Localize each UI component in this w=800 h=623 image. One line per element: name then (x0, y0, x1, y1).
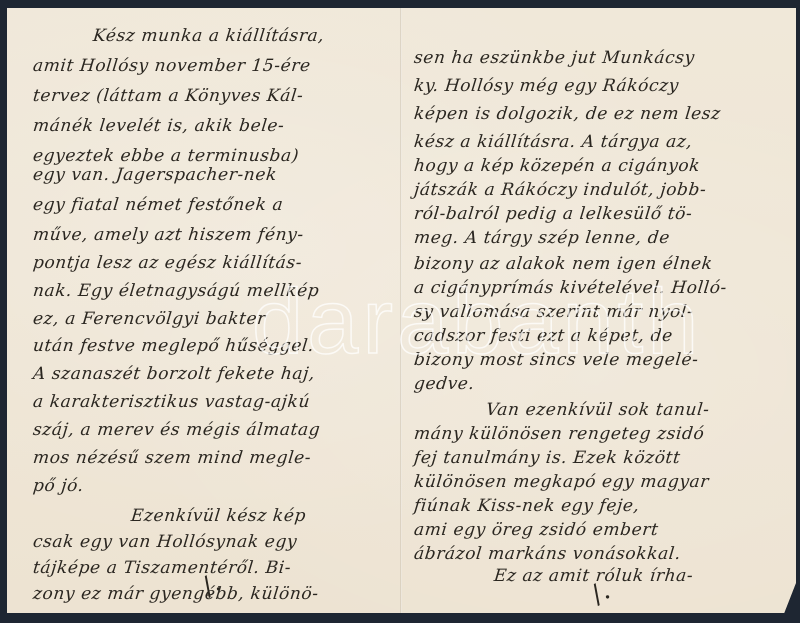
handwritten-line: amit Hollósy november 15-ére (32, 56, 312, 76)
handwritten-line: után festve meglepő hűséggel. (32, 336, 315, 356)
handwritten-line: nak. Egy életnagyságú mellkép (32, 281, 320, 301)
handwritten-line: bizony most sincs vele megelé- (413, 350, 700, 370)
handwritten-line: fiúnak Kiss-nek egy feje, (413, 496, 641, 516)
handwritten-line: egyeztek ebbe a terminusba) (32, 146, 300, 166)
handwritten-line: cadszor festi ezt a képet, de (413, 326, 674, 346)
handwritten-line: csak egy van Hollósynak egy (32, 532, 298, 552)
handwritten-line: kész a kiállításra. A tárgya az, (413, 132, 694, 152)
handwritten-line: Van ezenkívül sok tanul- (485, 400, 711, 420)
handwritten-line: egy van. Jagerspacher-nek (32, 165, 278, 185)
handwritten-line: tájképe a Tiszamentéről. Bi- (32, 558, 292, 578)
handwritten-line: mos nézésű szem mind megle- (32, 448, 312, 468)
letter-sheet: Kész munka a kiállításra, amit Hollósy n… (7, 8, 796, 613)
handwritten-line: hogy a kép közepén a cigányok (413, 156, 701, 176)
handwritten-line: pő jó. (32, 476, 85, 496)
handwritten-line: ky. Hollósy még egy Rákóczy (413, 76, 680, 96)
handwritten-line: képen is dolgozik, de ez nem lesz (413, 104, 722, 124)
scan-background: Kész munka a kiállításra, amit Hollósy n… (0, 0, 800, 623)
handwritten-line: Kész munka a kiállításra, (92, 26, 325, 46)
handwritten-line: tervez (láttam a Könyves Kál- (32, 86, 304, 106)
handwritten-line: zony ez már gyengébb, különö- (32, 584, 320, 604)
handwritten-line: játszák a Rákóczy indulót, jobb- (413, 180, 707, 200)
handwritten-line: műve, amely azt hiszem fény- (32, 225, 305, 245)
handwritten-line: ábrázol markáns vonásokkal. (413, 544, 682, 564)
handwritten-line: sy vallomása szerint már nyol- (413, 302, 694, 322)
handwritten-line: ez, a Ferencvölgyi bakter (32, 309, 267, 329)
handwritten-line: a cigányprímás kivételével. Holló- (413, 278, 728, 298)
handwritten-line: gedve. (413, 374, 476, 394)
handwritten-line: bizony az alakok nem igen élnek (413, 254, 714, 274)
handwritten-line: a karakterisztikus vastag-ajkú (32, 392, 311, 412)
handwritten-line: meg. A tárgy szép lenne, de (413, 228, 671, 248)
handwritten-line: ról-balról pedig a lelkesülő tö- (413, 204, 693, 224)
handwritten-line: száj, a merev és mégis álmatag (32, 420, 321, 440)
handwritten-line: A szanaszét borzolt fekete haj, (32, 364, 316, 384)
handwritten-line: különösen megkapó egy magyar (413, 472, 710, 492)
handwritten-line: sen ha eszünkbe jut Munkácsy (413, 48, 696, 68)
handwritten-line: pontja lesz az egész kiállítás- (32, 253, 303, 273)
handwritten-line: fej tanulmány is. Ezek között (413, 448, 682, 468)
left-page: Kész munka a kiállításra, amit Hollósy n… (7, 8, 400, 613)
handwritten-line: mánék levelét is, akik bele- (32, 116, 286, 136)
handwritten-line: ami egy öreg zsidó embert (413, 520, 660, 540)
handwritten-line: Ezenkívül kész kép (130, 506, 307, 526)
handwritten-line: mány különösen rengeteg zsidó (413, 424, 705, 444)
handwritten-line: egy fiatal német festőnek a (32, 195, 284, 215)
right-page: sen ha eszünkbe jut Munkácsy ky. Hollósy… (402, 8, 796, 613)
